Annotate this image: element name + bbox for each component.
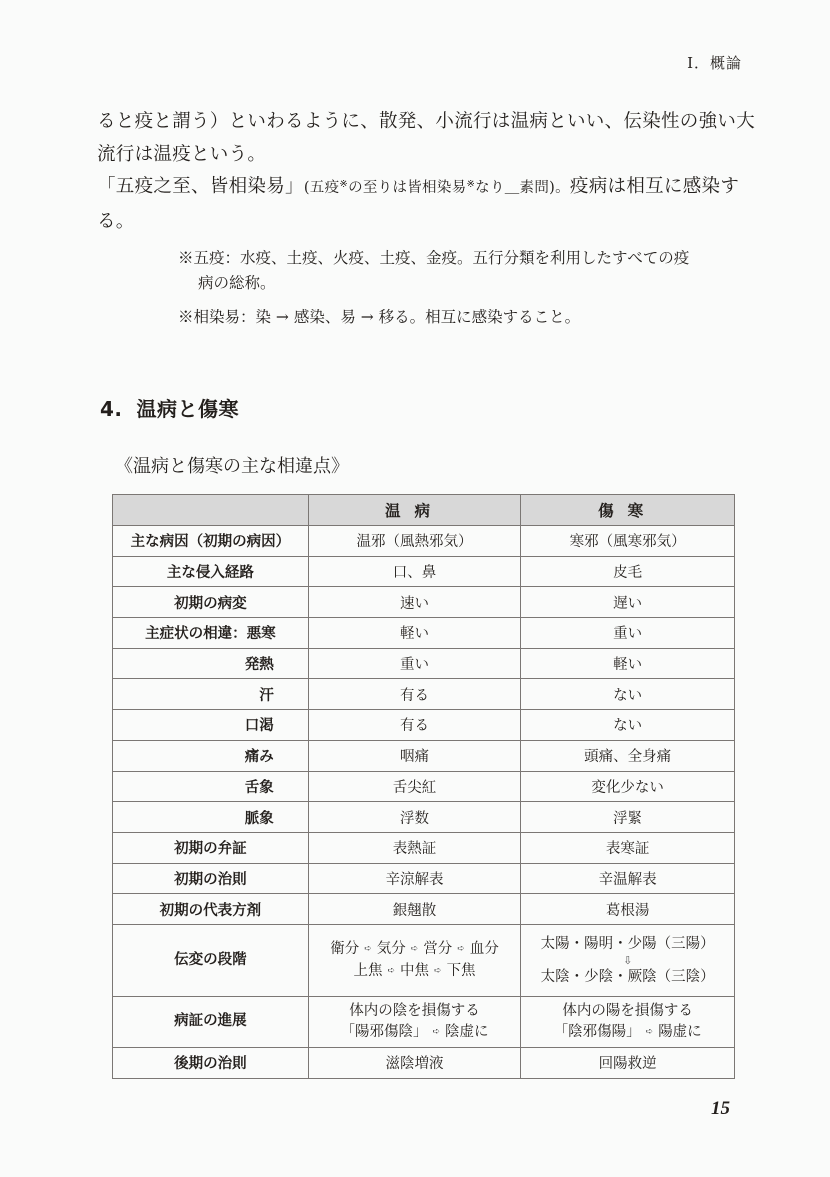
stage: 営分 <box>423 941 452 957</box>
shokan-cell: 変化少ない <box>521 771 735 802</box>
row-label: 主症状の相違：悪寒 <box>113 618 309 649</box>
paragraph-1: ると疫と謂う）といわるように、散発、小流行は温病といい、伝染性の強い大流行は温疫… <box>97 105 757 171</box>
header-blank <box>113 495 309 526</box>
result: 陰虚に <box>445 1024 489 1040</box>
row-label: 初期の治則 <box>113 863 309 894</box>
stage: 中焦 <box>400 963 429 979</box>
quote: 「五疫之至、皆相染易」 <box>97 176 304 197</box>
right-arrow-icon: ➪ <box>646 1022 654 1043</box>
onbyo-stages-line1: 衛分➪気分➪営分➪血分 <box>309 938 521 960</box>
row-label: 初期の病変 <box>113 587 309 618</box>
table-row-stages: 伝変の段階 衛分➪気分➪営分➪血分 上焦➪中焦➪下焦 太陽・陽明・少陽（三陽） … <box>113 924 735 996</box>
section-title: 温病と傷寒 <box>137 397 240 421</box>
right-arrow-icon: ➪ <box>387 960 395 982</box>
onbyo-cell: 口、鼻 <box>308 556 521 587</box>
note-goeki-line1: ※五疫：水疫、土疫、火疫、土疫、金疫。五行分類を利用したすべての疫 <box>178 249 689 267</box>
table-caption: 《温病と傷寒の主な相違点》 <box>115 452 349 478</box>
shokan-stages-line2: 太陰・少陰・厥陰（三陰） <box>521 966 734 988</box>
quote-reading: (五疫※の至りは皆相染易※なり＿素問)。 <box>304 180 570 196</box>
shokan-cell: 軽い <box>521 648 735 679</box>
reading-b: の至りは皆相染易 <box>348 180 466 196</box>
onbyo-stages-cell: 衛分➪気分➪営分➪血分 上焦➪中焦➪下焦 <box>308 924 521 996</box>
shokan-cell: 頭痛、全身痛 <box>521 740 735 771</box>
footnote-mark: ※ <box>466 179 475 190</box>
table-row: 後期の治則滋陰増液回陽救逆 <box>113 1047 735 1078</box>
footnote-mark: ※ <box>339 179 348 190</box>
shokan-cell: ない <box>521 710 735 741</box>
row-label: 汗 <box>113 679 309 710</box>
row-label: 伝変の段階 <box>113 924 309 996</box>
note-sosenneki: ※相染易：染 → 感染、易 → 移る。相互に感染すること。 <box>178 305 758 330</box>
table-row: 主症状の相違：悪寒軽い重い <box>113 618 735 649</box>
onbyo-cell: 表熱証 <box>308 832 521 863</box>
shokan-progress-line1: 体内の陽を損傷する <box>521 1001 734 1022</box>
stage: 血分 <box>470 941 499 957</box>
header-onbyo: 温病 <box>308 495 521 526</box>
table-row: 汗有るない <box>113 679 735 710</box>
shokan-cell: 遅い <box>521 587 735 618</box>
onbyo-cell: 咽痛 <box>308 740 521 771</box>
table-row: 初期の弁証表熱証表寒証 <box>113 832 735 863</box>
table-row: 脈象浮数浮緊 <box>113 802 735 833</box>
reading-c: なり＿素問)。 <box>475 180 570 196</box>
stage: 上焦 <box>353 963 382 979</box>
row-label: 口渇 <box>113 710 309 741</box>
term: 「陰邪傷陽」 <box>554 1024 641 1040</box>
row-label: 痛み <box>113 740 309 771</box>
shokan-cell: 回陽救逆 <box>521 1047 735 1078</box>
table-row: 舌象舌尖紅変化少ない <box>113 771 735 802</box>
right-arrow-icon: ➪ <box>364 938 372 960</box>
table-row: 痛み咽痛頭痛、全身痛 <box>113 740 735 771</box>
table-row: 初期の病変速い遅い <box>113 587 735 618</box>
table-row-progress: 病証の進展 体内の陰を損傷する 「陽邪傷陰」➪陰虚に 体内の陽を損傷する 「陰邪… <box>113 996 735 1047</box>
note-goeki-line2: 病の総称。 <box>178 271 758 296</box>
shokan-cell: 表寒証 <box>521 832 735 863</box>
onbyo-cell: 重い <box>308 648 521 679</box>
shokan-cell: 皮毛 <box>521 556 735 587</box>
row-label: 病証の進展 <box>113 996 309 1047</box>
comparison-table: 温病 傷寒 主な病因（初期の病因）温邪（風熱邪気）寒邪（風寒邪気） 主な侵入経路… <box>112 494 735 1079</box>
onbyo-stages-line2: 上焦➪中焦➪下焦 <box>309 960 521 982</box>
onbyo-cell: 浮数 <box>308 802 521 833</box>
table-row: 主な病因（初期の病因）温邪（風熱邪気）寒邪（風寒邪気） <box>113 526 735 557</box>
shokan-stages-cell: 太陽・陽明・少陽（三陽） ⇩ 太陰・少陰・厥陰（三陰） <box>521 924 735 996</box>
shokan-cell: 葛根湯 <box>521 894 735 925</box>
shokan-stages-line1: 太陽・陽明・少陽（三陽） <box>521 933 734 955</box>
onbyo-cell: 銀翹散 <box>308 894 521 925</box>
stage: 下焦 <box>447 963 476 979</box>
right-arrow-icon: ➪ <box>457 938 465 960</box>
table-row: 主な侵入経路口、鼻皮毛 <box>113 556 735 587</box>
row-label: 主な侵入経路 <box>113 556 309 587</box>
row-label: 後期の治則 <box>113 1047 309 1078</box>
paragraph-2: 「五疫之至、皆相染易」(五疫※の至りは皆相染易※なり＿素問)。疫病は相互に感染す… <box>97 168 757 238</box>
row-label: 脈象 <box>113 802 309 833</box>
section-heading: 4.温病と傷寒 <box>100 393 239 422</box>
table-row: 口渇有るない <box>113 710 735 741</box>
row-label: 発熱 <box>113 648 309 679</box>
right-arrow-icon: ➪ <box>411 938 419 960</box>
header-shokan: 傷寒 <box>521 495 735 526</box>
row-label: 初期の代表方剤 <box>113 894 309 925</box>
onbyo-progress-line2: 「陽邪傷陰」➪陰虚に <box>309 1022 521 1043</box>
onbyo-cell: 辛涼解表 <box>308 863 521 894</box>
stage: 気分 <box>377 941 406 957</box>
onbyo-cell: 滋陰増液 <box>308 1047 521 1078</box>
shokan-cell: 浮緊 <box>521 802 735 833</box>
section-number: 4. <box>100 397 123 421</box>
row-label: 初期の弁証 <box>113 832 309 863</box>
onbyo-progress-line1: 体内の陰を損傷する <box>309 1001 521 1022</box>
onbyo-cell: 速い <box>308 587 521 618</box>
table-row: 初期の代表方剤銀翹散葛根湯 <box>113 894 735 925</box>
row-label: 舌象 <box>113 771 309 802</box>
onbyo-cell: 温邪（風熱邪気） <box>308 526 521 557</box>
note-goeki: ※五疫：水疫、土疫、火疫、土疫、金疫。五行分類を利用したすべての疫 病の総称。 <box>178 246 758 296</box>
onbyo-cell: 舌尖紅 <box>308 771 521 802</box>
term: 「陽邪傷陰」 <box>341 1024 428 1040</box>
onbyo-progress-cell: 体内の陰を損傷する 「陽邪傷陰」➪陰虚に <box>308 996 521 1047</box>
table-header-row: 温病 傷寒 <box>113 495 735 526</box>
stage: 衛分 <box>330 941 359 957</box>
running-head: Ⅰ．概論 <box>687 52 742 73</box>
shokan-cell: 重い <box>521 618 735 649</box>
onbyo-cell: 軽い <box>308 618 521 649</box>
row-label: 主な病因（初期の病因） <box>113 526 309 557</box>
reading-a: (五疫 <box>304 180 340 196</box>
onbyo-cell: 有る <box>308 710 521 741</box>
shokan-cell: ない <box>521 679 735 710</box>
shokan-progress-line2: 「陰邪傷陽」➪陽虚に <box>521 1022 734 1043</box>
shokan-cell: 寒邪（風寒邪気） <box>521 526 735 557</box>
shokan-cell: 辛温解表 <box>521 863 735 894</box>
table-row: 初期の治則辛涼解表辛温解表 <box>113 863 735 894</box>
page-number: 15 <box>711 1098 730 1120</box>
onbyo-cell: 有る <box>308 679 521 710</box>
right-arrow-icon: ➪ <box>434 960 442 982</box>
right-arrow-icon: ➪ <box>433 1022 441 1043</box>
result: 陽虚に <box>658 1024 702 1040</box>
shokan-progress-cell: 体内の陽を損傷する 「陰邪傷陽」➪陽虚に <box>521 996 735 1047</box>
down-arrow-icon: ⇩ <box>521 955 734 966</box>
table-row: 発熱重い軽い <box>113 648 735 679</box>
